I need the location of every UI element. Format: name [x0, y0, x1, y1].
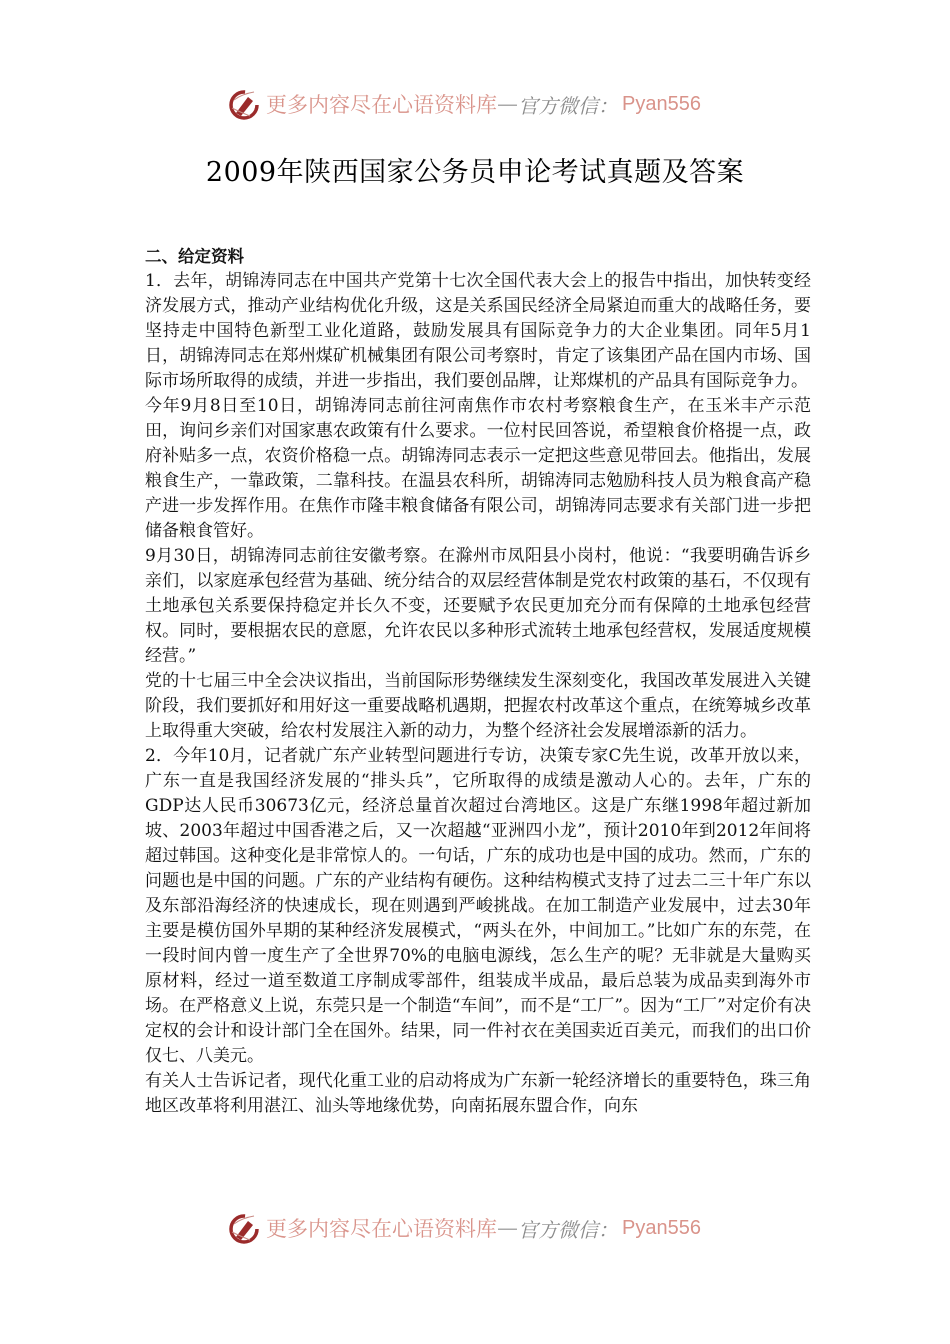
section-heading: 二、给定资料	[145, 244, 811, 269]
paragraph: 2．今年10月，记者就广东产业转型问题进行专访，决策专家C先生说，改革开放以来，…	[145, 744, 811, 1069]
document-body: 二、给定资料 1．去年，胡锦涛同志在中国共产党第十七次全国代表大会上的报告中指出…	[145, 244, 811, 1119]
banner-wechat-label: 官方微信：	[518, 90, 618, 119]
banner-wechat-id: Pyan556	[622, 93, 701, 116]
footer-watermark-banner: 更多内容尽在心语资料库 — 官方微信： Pyan556	[226, 1208, 701, 1248]
banner-dash: —	[497, 92, 518, 116]
document-title: 2009年陕西国家公务员申论考试真题及答案	[0, 150, 950, 189]
banner-wechat-id: Pyan556	[622, 1217, 701, 1240]
banner-main-text: 更多内容尽在心语资料库	[266, 1213, 497, 1243]
header-watermark-banner: 更多内容尽在心语资料库 — 官方微信： Pyan556	[226, 84, 701, 124]
quill-pen-circle-icon	[226, 86, 262, 122]
paragraph: 有关人士告诉记者，现代化重工业的启动将成为广东新一轮经济增长的重要特色，珠三角地…	[145, 1069, 811, 1119]
paragraph: 党的十七届三中全会决议指出，当前国际形势继续发生深刻变化，我国改革发展进入关键阶…	[145, 669, 811, 744]
banner-dash: —	[497, 1216, 518, 1240]
paragraph: 9月30日，胡锦涛同志前往安徽考察。在滁州市凤阳县小岗村，他说：“我要明确告诉乡…	[145, 544, 811, 669]
paragraph: 今年9月8日至10日，胡锦涛同志前往河南焦作市农村考察粮食生产，在玉米丰产示范田…	[145, 394, 811, 544]
banner-main-text: 更多内容尽在心语资料库	[266, 89, 497, 119]
banner-wechat-label: 官方微信：	[518, 1214, 618, 1243]
quill-pen-circle-icon	[226, 1210, 262, 1246]
paragraph: 1．去年，胡锦涛同志在中国共产党第十七次全国代表大会上的报告中指出，加快转变经济…	[145, 269, 811, 394]
